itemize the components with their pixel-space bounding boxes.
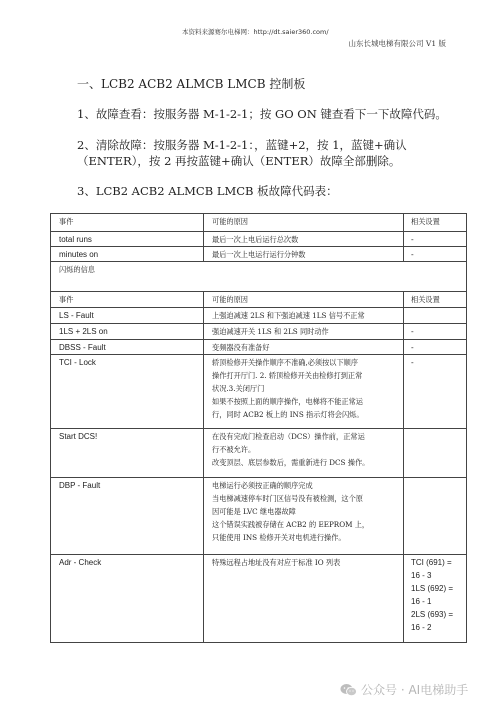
cause-cell: 强迫减速开关 1LS 和 2LS 同时动作 (204, 324, 404, 340)
setting-cell: - (404, 324, 467, 340)
cause-line: 变频器没有准备好 (212, 341, 397, 354)
fault-code-table: 事件 可能的原因 相关设置 total runs 最后一次上电后运行总次数 - … (50, 213, 467, 643)
event-cell: TCI - Lock (51, 355, 204, 429)
setting-cell: - (404, 340, 467, 355)
event-cell: DBP - Fault (51, 478, 204, 555)
cause-line: 电梯运行必须按正确的顺序完成 (212, 479, 397, 492)
cause-line: 只能使用 INS 检修开关对电机进行操作。 (212, 531, 397, 544)
flashing-messages-body: LS - Fault上强迫减速 2LS 和下强迫减速 1LS 信号不正常1LS … (51, 308, 467, 643)
company-version: 山东长城电梯有限公司 V1 版 (349, 38, 446, 49)
header-setting: 相关设置 (404, 214, 467, 232)
table-row: Adr - Check特殊远程占地址没有对应于标准 IO 列表TCI (691)… (51, 555, 467, 643)
setting-line: 16 - 3 (411, 569, 462, 582)
table-row: minutes on 最后一次上电运行运行分钟数 - (51, 247, 467, 262)
section-row: 闪烁的信息 (51, 262, 467, 292)
table-header-row: 事件 可能的原因 相关设置 (51, 214, 467, 232)
setting-line: - (411, 341, 462, 354)
cause-line: 轿顶检修开关操作顺序不准确,必须按以下顺序 (212, 356, 397, 369)
cause-cell: 变频器没有准备好 (204, 340, 404, 355)
table-row: LS - Fault上强迫减速 2LS 和下强迫减速 1LS 信号不正常 (51, 308, 467, 324)
setting-cell: TCI (691) =16 - 31LS (692) =16 - 12LS (6… (404, 555, 467, 643)
cause-line: 因可能是 LVC 继电器故障 (212, 505, 397, 518)
cause-line: 如果不按照上面的顺序操作，电梯将不能正常运 (212, 395, 397, 408)
cause-line: 上强迫减速 2LS 和下强迫减速 1LS 信号不正常 (212, 309, 397, 322)
cause-line: 状况.3.关闭厅门 (212, 382, 397, 395)
watermark: 公众号 · AI电梯助手 (340, 681, 468, 698)
setting-cell (404, 429, 467, 478)
cause-line: 改变顶层、底层参数后，需重新进行 DCS 操作。 (212, 456, 397, 469)
table-row: DBP - Fault电梯运行必须按正确的顺序完成当电梯减速停车时门区信号没有被… (51, 478, 467, 555)
event-cell: minutes on (51, 247, 204, 262)
table-row: DBSS - Fault变频器没有准备好- (51, 340, 467, 355)
setting-line: 2LS (693) = (411, 608, 462, 621)
header-cause: 可能的原因 (204, 214, 404, 232)
cause-cell: 轿顶检修开关操作顺序不准确,必须按以下顺序操作打开厅门. 2. 轿顶检修开关由检… (204, 355, 404, 429)
setting-line: 16 - 1 (411, 595, 462, 608)
section-label: 闪烁的信息 (51, 262, 467, 292)
setting-line: TCI (691) = (411, 556, 462, 569)
event-cell: 1LS + 2LS on (51, 324, 204, 340)
wechat-icon (340, 683, 357, 697)
cause-line: 操作打开厅门. 2. 轿顶检修开关由检修打到正常 (212, 369, 397, 382)
setting-line: - (411, 325, 462, 338)
setting-cell: - (404, 232, 467, 247)
setting-line: - (411, 356, 462, 369)
source-note: 本资料来源赛尔电梯网：http://dt.saier360.com/ (182, 27, 329, 36)
setting-cell: - (404, 247, 467, 262)
cause-cell: 特殊远程占地址没有对应于标准 IO 列表 (204, 555, 404, 643)
event-cell: Adr - Check (51, 555, 204, 643)
watermark-text: 公众号 · AI电梯助手 (361, 681, 468, 698)
header-event: 事件 (51, 214, 204, 232)
cause-line: 强迫减速开关 1LS 和 2LS 同时动作 (212, 325, 397, 338)
cause-line: 这个错误实践被存储在 ACB2 的 EEPROM 上， (212, 518, 397, 531)
setting-cell (404, 478, 467, 555)
section-title: 一、LCB2 ACB2 ALMCB LMCB 控制板 (77, 77, 305, 92)
header-setting: 相关设置 (404, 292, 467, 308)
cause-cell: 在没有完成门检查启动（DCS）操作前，正常运行不被允许。改变顶层、底层参数后，需… (204, 429, 404, 478)
setting-line: 16 - 2 (411, 621, 462, 634)
cause-line: 当电梯减速停车时门区信号没有被检测，这个原 (212, 492, 397, 505)
paragraph-clear-fault-line2: （ENTER），按 2 再按蓝键+确认（ENTER）故障全部删除。 (77, 154, 400, 169)
setting-cell (404, 308, 467, 324)
header-event: 事件 (51, 292, 204, 308)
cause-line: 特殊远程占地址没有对应于标准 IO 列表 (212, 556, 397, 569)
cause-cell: 最后一次上电后运行总次数 (204, 232, 404, 247)
header-cause: 可能的原因 (204, 292, 404, 308)
paragraph-fault-view: 1、故障查看：按服务器 M-1-2-1；按 GO ON 键查看下一下故障代码。 (77, 107, 447, 122)
setting-line: 1LS (692) = (411, 582, 462, 595)
paragraph-table-intro: 3、LCB2 ACB2 ALMCB LMCB 板故障代码表： (77, 184, 338, 199)
event-cell: total runs (51, 232, 204, 247)
table-header-row: 事件 可能的原因 相关设置 (51, 292, 467, 308)
table-row: total runs 最后一次上电后运行总次数 - (51, 232, 467, 247)
cause-line: 行不被允许。 (212, 443, 397, 456)
cause-line: 在没有完成门检查启动（DCS）操作前，正常运 (212, 430, 397, 443)
cause-cell: 最后一次上电运行运行分钟数 (204, 247, 404, 262)
table-row: Start DCS!在没有完成门检查启动（DCS）操作前，正常运行不被允许。改变… (51, 429, 467, 478)
setting-cell: - (404, 355, 467, 429)
cause-cell: 上强迫减速 2LS 和下强迫减速 1LS 信号不正常 (204, 308, 404, 324)
table-row: 1LS + 2LS on强迫减速开关 1LS 和 2LS 同时动作- (51, 324, 467, 340)
cause-cell: 电梯运行必须按正确的顺序完成当电梯减速停车时门区信号没有被检测，这个原因可能是 … (204, 478, 404, 555)
paragraph-clear-fault-line1: 2、清除故障：按服务器 M-1-2-1：，蓝键+2，按 1，蓝键+确认 (77, 138, 407, 153)
cause-line: 行，同时 ACB2 板上的 INS 指示灯将会闪烁。 (212, 408, 397, 421)
event-cell: DBSS - Fault (51, 340, 204, 355)
table-row: TCI - Lock轿顶检修开关操作顺序不准确,必须按以下顺序操作打开厅门. 2… (51, 355, 467, 429)
event-cell: Start DCS! (51, 429, 204, 478)
event-cell: LS - Fault (51, 308, 204, 324)
